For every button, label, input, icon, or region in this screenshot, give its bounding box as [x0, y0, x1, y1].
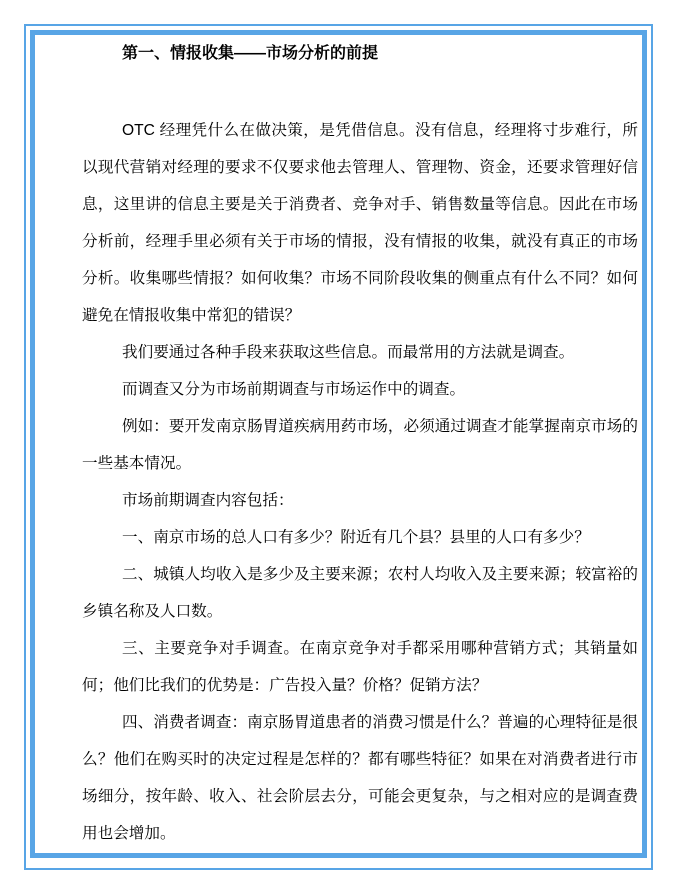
paragraph: 例如：要开发南京肠胃道疾病用药市场，必须通过调查才能掌握南京市场的一些基本情况。 [82, 408, 638, 482]
document-title: 第一、情报收集——市场分析的前提 [82, 45, 638, 63]
document-content: 第一、情报收集——市场分析的前提 OTC 经理凭什么在做决策，是凭借信息。没有信… [82, 45, 638, 852]
paragraph: 我们要通过各种手段来获取这些信息。而最常用的方法就是调查。 [82, 334, 638, 371]
paragraph: 四、消费者调查：南京肠胃道患者的消费习惯是什么？普遍的心理特征是很么？他们在购买… [82, 704, 638, 852]
document-page: 第一、情报收集——市场分析的前提 OTC 经理凭什么在做决策，是凭借信息。没有信… [0, 0, 677, 895]
paragraph: OTC 经理凭什么在做决策，是凭借信息。没有信息，经理将寸步难行，所以现代营销对… [82, 112, 638, 334]
paragraph: 而调查又分为市场前期调查与市场运作中的调查。 [82, 371, 638, 408]
paragraph: 一、南京市场的总人口有多少？附近有几个县？县里的人口有多少？ [82, 519, 638, 556]
paragraph: 三、主要竞争对手调查。在南京竞争对手都采用哪种营销方式；其销量如何；他们比我们的… [82, 630, 638, 704]
paragraph: 二、城镇人均收入是多少及主要来源；农村人均收入及主要来源；较富裕的乡镇名称及人口… [82, 556, 638, 630]
paragraph: 市场前期调查内容包括： [82, 482, 638, 519]
document-body: OTC 经理凭什么在做决策，是凭借信息。没有信息，经理将寸步难行，所以现代营销对… [82, 112, 638, 852]
